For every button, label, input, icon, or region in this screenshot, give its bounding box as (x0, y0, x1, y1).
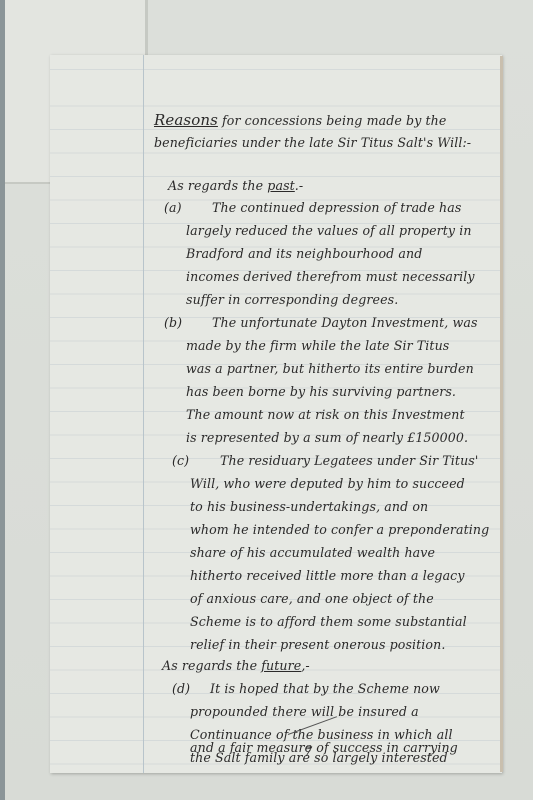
item-c-line: hitherto received little more than a leg… (190, 568, 465, 583)
page-right-edge (500, 56, 503, 772)
item-d-line: and a fair measure of success in carryin… (190, 740, 458, 755)
item-b-line: has been borne by his surviving partners… (186, 384, 456, 399)
item-b-line: is represented by a sum of nearly £15000… (186, 430, 468, 445)
item-a-line: incomes derived therefrom must necessari… (186, 269, 475, 284)
item-c-line: of anxious care, and one object of the (190, 591, 434, 606)
section-title-past: As regards the past.- (168, 178, 303, 193)
item-c-line: relief in their present onerous position… (190, 637, 445, 652)
item-a-line: Bradford and its neighbourhood and (186, 246, 422, 261)
item-d-line: propounded there will be insured a (190, 704, 419, 719)
item-b-line: was a partner, but hitherto its entire b… (186, 361, 474, 376)
item-a-line: largely reduced the values of all proper… (186, 223, 472, 238)
item-label-a: (a) (164, 200, 182, 215)
item-b-line: made by the firm while the late Sir Titu… (186, 338, 449, 353)
item-d-line: It is hoped that by the Scheme now (210, 681, 440, 696)
item-c-line: The residuary Legatees under Sir Titus' (220, 453, 478, 468)
manuscript-text: Reasons for concessions being made by th… (50, 55, 502, 773)
manuscript-page: Reasons for concessions being made by th… (50, 55, 502, 773)
item-b-line: The unfortunate Dayton Investment, was (212, 315, 478, 330)
heading-text: for concessions being made by the (222, 113, 446, 128)
section-emphasis-past: past (267, 178, 295, 193)
page-number: 7 (304, 745, 312, 760)
item-c-line: whom he intended to confer a preponderat… (190, 522, 489, 537)
item-label-c: (c) (172, 453, 189, 468)
item-a-line: suffer in corresponding degrees. (186, 292, 398, 307)
item-a-line: The continued depression of trade has (212, 200, 461, 215)
section-title-future: As regards the future,- (162, 658, 310, 673)
item-label-b: (b) (164, 315, 182, 330)
item-c-line: share of his accumulated wealth have (190, 545, 435, 560)
item-c-line: Will, who were deputed by him to succeed (190, 476, 465, 491)
item-b-line: The amount now at risk on this Investmen… (186, 407, 465, 422)
heading-emphasis: Reasons (154, 111, 218, 129)
item-c-line: to his business-undertakings, and on (190, 499, 428, 514)
heading-line-1: Reasons for concessions being made by th… (154, 111, 446, 129)
section-emphasis-future: future (261, 658, 301, 673)
heading-line-2: beneficiaries under the late Sir Titus S… (154, 135, 471, 150)
item-label-d: (d) (172, 681, 190, 696)
item-c-line: Scheme is to afford them some substantia… (190, 614, 467, 629)
